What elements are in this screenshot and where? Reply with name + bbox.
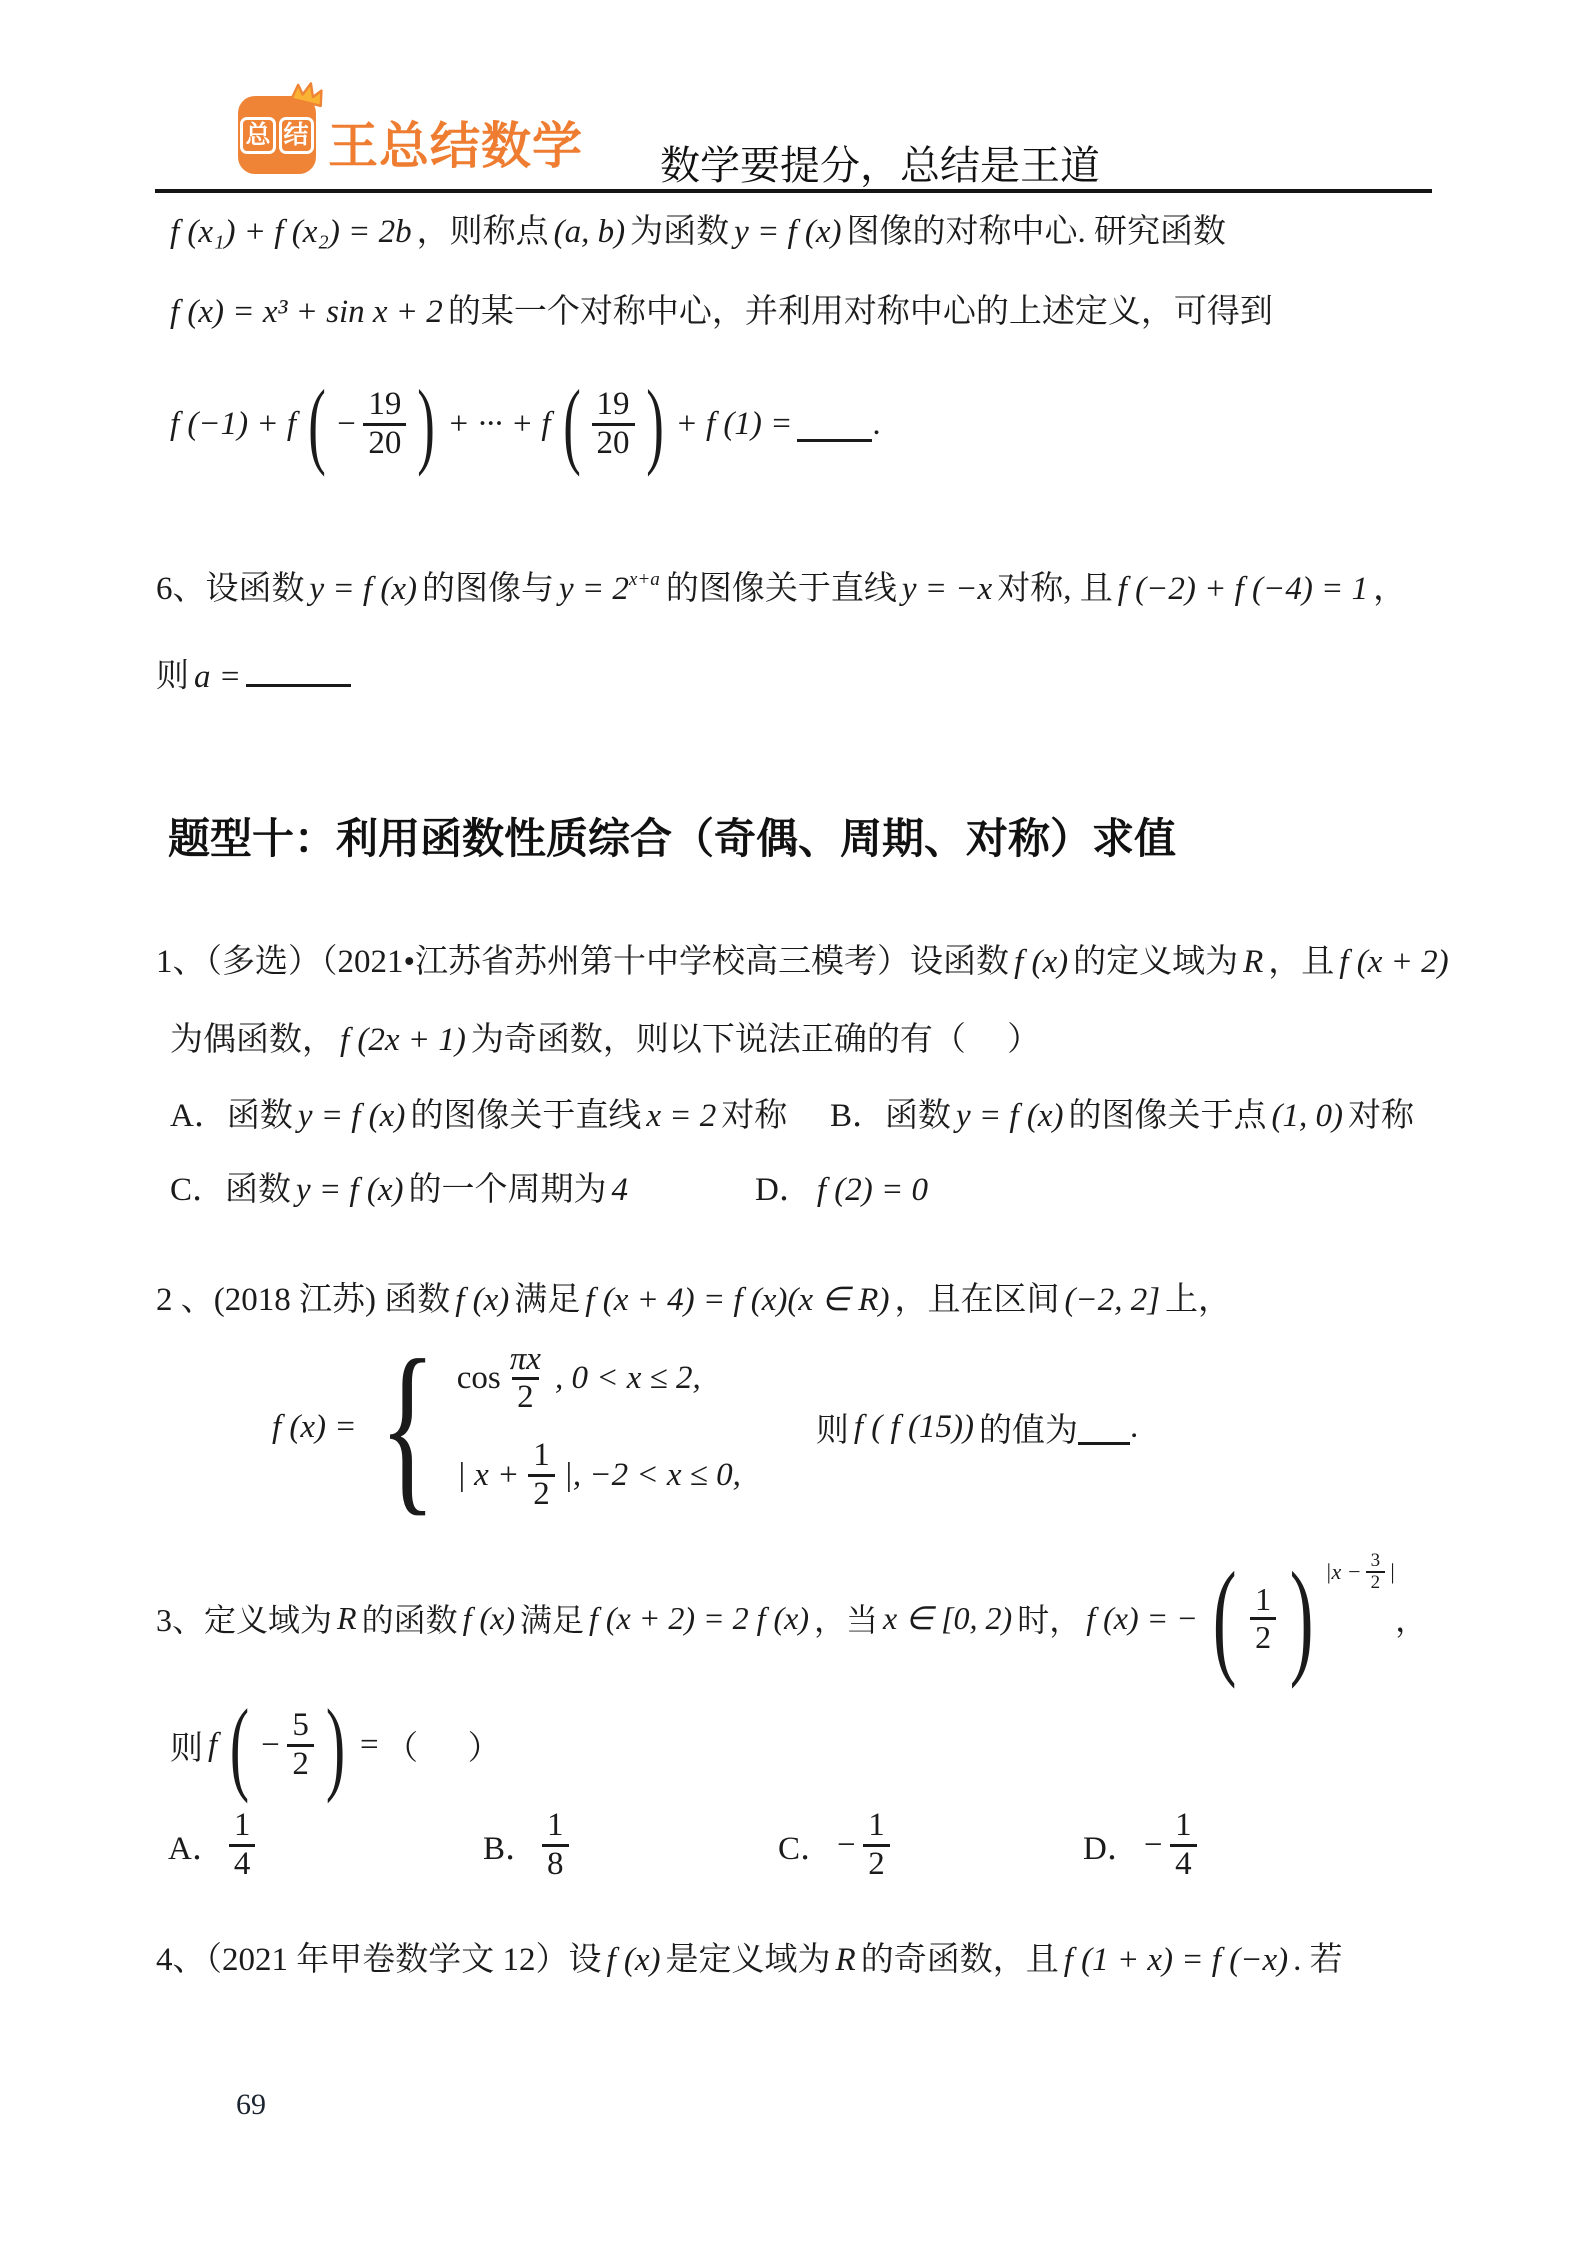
text-run: 的图像关于点 <box>1068 1098 1266 1134</box>
math-run: f (2x + 1) <box>340 1022 466 1058</box>
numerator: 1 <box>1170 1808 1197 1844</box>
numerator: πx <box>505 1342 546 1378</box>
answer-blank <box>1078 1409 1130 1446</box>
right-paren: ) <box>646 374 664 474</box>
text-run: . 若 <box>1293 1942 1343 1978</box>
option-label: D． <box>755 1172 812 1208</box>
math-run: (−2, 2] <box>1064 1282 1160 1318</box>
right-paren: ) <box>326 1691 345 1801</box>
section-title: 题型十：利用函数性质综合（奇偶、周期、对称）求值 <box>168 806 1176 866</box>
math-run: f (1 + x) = f (−x) <box>1064 1942 1288 1978</box>
fraction: 32 <box>1366 1551 1386 1593</box>
option-d: D．f (2) = 0 <box>755 1170 933 1211</box>
fraction: 14 <box>1170 1808 1197 1882</box>
option-label: B． <box>483 1822 538 1869</box>
text-run: 的值为 <box>979 1404 1078 1451</box>
text-run: 图像的对称中心. 研究函数 <box>847 214 1227 250</box>
text-run: 的某一个对称中心，并利用对称中心的上述定义，可得到 <box>448 294 1273 330</box>
left-brace: { <box>379 1352 436 1502</box>
denominator: 2 <box>1366 1571 1386 1593</box>
p3-option-d: D． − 14 <box>1083 1795 1201 1895</box>
denominator: 8 <box>542 1844 569 1883</box>
denominator: 2 <box>512 1377 539 1416</box>
math-run: 4 <box>611 1172 628 1208</box>
option-label: A． <box>170 1098 227 1134</box>
denominator: 4 <box>1170 1844 1197 1883</box>
piecewise-definition: f (x) = { cos πx2 , 0 < x ≤ 2, | x + 12 … <box>272 1338 1138 1516</box>
numerator: 1 <box>863 1808 890 1844</box>
math-run: f (x) <box>463 1600 515 1637</box>
denominator: 2 <box>1250 1617 1276 1655</box>
math-run: f (x + 2) <box>1339 944 1448 980</box>
math-run: f (x) <box>455 1282 509 1318</box>
fraction: 14 <box>229 1808 256 1882</box>
text-run: 时， <box>1017 1595 1081 1641</box>
text-run: 的定义域为 <box>1073 944 1238 980</box>
text-run: 函数 <box>227 1098 293 1134</box>
answer-blank <box>797 406 872 443</box>
option-label: D． <box>1083 1822 1140 1869</box>
piecewise-cases: cos πx2 , 0 < x ≤ 2, | x + 12 |, −2 < x … <box>457 1342 746 1513</box>
text-run: 是定义域为 <box>666 1942 831 1978</box>
header-divider <box>155 189 1432 193</box>
left-paren: ( <box>230 1691 249 1801</box>
option-label: C． <box>778 1822 833 1869</box>
text-run: 的图像关于直线 <box>666 571 897 607</box>
exponent: |x − 32 | <box>1325 1551 1395 1593</box>
text-run: 的图像关于直线 <box>410 1098 641 1134</box>
text-run: 1、（多选）（2021•江苏省苏州第十中学校高三模考）设函数 <box>156 944 1009 980</box>
text-run: 满足 <box>514 1282 580 1318</box>
math-run: | x + <box>457 1457 520 1494</box>
math-run: x = 2 <box>646 1098 716 1134</box>
option-c: C．函数y = f (x)的一个周期为4 <box>170 1170 633 1211</box>
problem-1-line-1: 1、（多选）（2021•江苏省苏州第十中学校高三模考）设函数f (x)的定义域为… <box>156 942 1454 983</box>
option-b: B．函数y = f (x)的图像关于点(1, 0)对称 <box>830 1096 1414 1137</box>
text-run: 的函数 <box>362 1595 458 1641</box>
intro-line-2: f (x) = x³ + sin x + 2的某一个对称中心，并利用对称中心的上… <box>170 292 1273 333</box>
math-run: + f (1) = <box>675 406 792 443</box>
math-run: f <box>208 1727 217 1764</box>
function-name: cos <box>457 1360 501 1397</box>
math-run: f (x + 2) = 2 f (x) <box>589 1600 809 1637</box>
numerator: 1 <box>542 1808 569 1844</box>
numerator: 5 <box>287 1708 314 1744</box>
text-run: 为偶函数， <box>170 1022 335 1058</box>
sum-formula: f (−1) + f ( − 1920 ) + ··· + f ( 1920 )… <box>170 368 881 480</box>
text-run: 为奇函数，则以下说法正确的有（ ） <box>471 1022 1040 1058</box>
fraction: 12 <box>528 1438 555 1512</box>
text-run: 对称, 且 <box>997 571 1113 607</box>
numerator: 19 <box>592 387 635 423</box>
denominator: 2 <box>287 1744 314 1783</box>
logo-badge-char: 总 <box>240 117 275 154</box>
problem-6-line-1: 6、设函数y = f (x)的图像与y = 2x+a的图像关于直线y = −x对… <box>156 568 1406 610</box>
problem-1-line-2: 为偶函数，f (2x + 1)为奇函数，则以下说法正确的有（ ） <box>170 1020 1040 1061</box>
text-run: ，则称点 <box>417 214 549 250</box>
case-row: | x + 12 |, −2 < x ≤ 0, <box>457 1438 746 1512</box>
numerator: 1 <box>229 1808 256 1844</box>
math-run: x ∈ [0, 2) <box>883 1599 1012 1637</box>
text-run: 的图像与 <box>422 571 554 607</box>
text-run: 则 <box>816 1404 849 1451</box>
text-run: 4、（2021 年甲卷数学文 12）设 <box>156 1942 602 1978</box>
math-run: y = −x <box>902 571 992 607</box>
header-tagline: 数学要提分，总结是王道 <box>660 134 1100 191</box>
text-run: 对称 <box>1348 1098 1414 1134</box>
text-run: 6、设函数 <box>156 571 305 607</box>
text-run: . <box>872 406 880 443</box>
logo-badge-char: 结 <box>279 117 314 154</box>
math-run: |x − <box>1325 1559 1361 1585</box>
math-run: y = f (x) <box>296 1172 403 1208</box>
denominator: 2 <box>863 1844 890 1883</box>
text-run: 的奇函数，且 <box>861 1942 1059 1978</box>
math-run: f (x) = − <box>1086 1600 1198 1637</box>
denominator: 20 <box>363 423 406 462</box>
text-run: 函数 <box>225 1172 291 1208</box>
math-run: y = f (x) <box>734 214 841 250</box>
fraction: 12 <box>863 1808 890 1882</box>
text-run: ，且 <box>1268 944 1334 980</box>
fraction: 1920 <box>363 387 406 461</box>
math-run: |, −2 < x ≤ 0, <box>564 1457 741 1494</box>
math-run: R <box>337 1600 357 1637</box>
math-run: f ( f (15)) <box>854 1409 974 1446</box>
math-run: | <box>1389 1559 1395 1585</box>
numerator: 19 <box>363 387 406 423</box>
math-run: f (x + 4) = f (x)(x ∈ R) <box>585 1282 889 1318</box>
math-run: (1, 0) <box>1271 1098 1342 1134</box>
left-paren: ( <box>1213 1551 1237 1685</box>
right-paren: ) <box>418 374 436 474</box>
math-run: f (2) = 0 <box>817 1172 928 1208</box>
text-run: 对称 <box>721 1098 787 1134</box>
text-run: 为函数 <box>630 214 729 250</box>
p3-option-b: B． 18 <box>483 1795 573 1895</box>
text-run: ， <box>1395 1595 1427 1641</box>
minus-sign: − <box>259 1727 281 1764</box>
fraction: 1920 <box>592 387 635 461</box>
math-run: f (x) = x³ + sin x + 2 <box>170 294 443 330</box>
text-run: 函数 <box>885 1098 951 1134</box>
math-run: f (x) <box>1014 944 1068 980</box>
math-run: y = f (x) <box>310 571 417 607</box>
problem-4-line-1: 4、（2021 年甲卷数学文 12）设f (x)是定义域为R的奇函数，且f (1… <box>156 1940 1343 1981</box>
minus-sign: − <box>1142 1827 1164 1864</box>
crown-icon <box>287 76 329 114</box>
case-row: cos πx2 , 0 < x ≤ 2, <box>457 1342 746 1416</box>
left-paren: ( <box>563 374 581 474</box>
fraction: πx2 <box>505 1342 546 1416</box>
text-run: ，且在区间 <box>894 1282 1059 1318</box>
math-run: y = 2 <box>559 571 629 607</box>
text-run: 3、定义域为 <box>156 1595 332 1641</box>
option-label: B． <box>830 1098 885 1134</box>
p3-option-c: C． − 12 <box>778 1795 894 1895</box>
answer-blank <box>246 650 351 687</box>
math-run: y = f (x) <box>956 1098 1063 1134</box>
brand-logo-badge: 总 结 <box>238 96 316 174</box>
text-run: 2 、(2018 江苏) 函数 <box>156 1282 450 1318</box>
math-run: R <box>836 1942 856 1978</box>
denominator: 20 <box>592 423 635 462</box>
option-a: A．函数y = f (x)的图像关于直线x = 2对称 <box>170 1096 787 1137</box>
math-run: a = <box>194 659 241 695</box>
numerator: 1 <box>1250 1582 1276 1617</box>
text-run: （ ） <box>385 1722 501 1769</box>
math-run: y = f (x) <box>298 1098 405 1134</box>
denominator: 4 <box>229 1844 256 1883</box>
problem-6-line-2: 则a = <box>156 650 351 698</box>
minus-sign: − <box>835 1827 857 1864</box>
option-label: A． <box>168 1822 225 1869</box>
math-run: f (−1) + f <box>170 406 296 443</box>
text-run: 上， <box>1165 1282 1231 1318</box>
intro-line-1: f (x₁) + f (x₂) = 2b，则称点(a, b)为函数y = f (… <box>170 212 1226 253</box>
math-run: = <box>358 1727 380 1764</box>
text-run: ， <box>1373 571 1406 607</box>
denominator: 2 <box>528 1474 555 1513</box>
right-paren: ) <box>1290 1551 1314 1685</box>
brand-name: 王总结数学 <box>328 106 583 178</box>
math-run: R <box>1243 944 1263 980</box>
text-run: 则 <box>170 1722 203 1769</box>
worksheet-page: { "header": { "badge_ch1": "总", "badge_c… <box>0 0 1587 2245</box>
text-run: 满足 <box>520 1595 584 1641</box>
problem-2-line-1: 2 、(2018 江苏) 函数f (x)满足f (x + 4) = f (x)(… <box>156 1280 1231 1321</box>
math-run: f (x₁) + f (x₂) = 2b <box>170 214 412 250</box>
text-run: . <box>1130 1409 1138 1446</box>
fraction: 52 <box>287 1708 314 1782</box>
math-run: + ··· + f <box>447 406 550 443</box>
fraction: 12 <box>1250 1582 1276 1654</box>
math-run: f (−2) + f (−4) = 1 <box>1118 571 1368 607</box>
fraction: 18 <box>542 1808 569 1882</box>
page-number: 69 <box>236 2088 266 2122</box>
minus-sign: − <box>335 406 357 443</box>
left-paren: ( <box>308 374 326 474</box>
problem-3-line-1: 3、定义域为 R 的函数 f (x) 满足 f (x + 2) = 2 f (x… <box>156 1532 1427 1704</box>
numerator: 1 <box>528 1438 555 1474</box>
text-run: ，当 <box>814 1595 878 1641</box>
option-label: C． <box>170 1172 225 1208</box>
math-run: f (x) = <box>272 1409 357 1446</box>
text-run: 则 <box>156 659 189 695</box>
text-run: 的一个周期为 <box>408 1172 606 1208</box>
problem-3-line-2: 则 f ( − 52 ) = （ ） <box>170 1688 501 1803</box>
math-run: (a, b) <box>554 214 625 250</box>
math-run: f (x) <box>607 1942 661 1978</box>
numerator: 3 <box>1366 1551 1386 1571</box>
exponent: x+a <box>629 569 660 590</box>
p3-option-a: A． 14 <box>168 1795 259 1895</box>
math-run: , 0 < x ≤ 2, <box>555 1360 701 1397</box>
